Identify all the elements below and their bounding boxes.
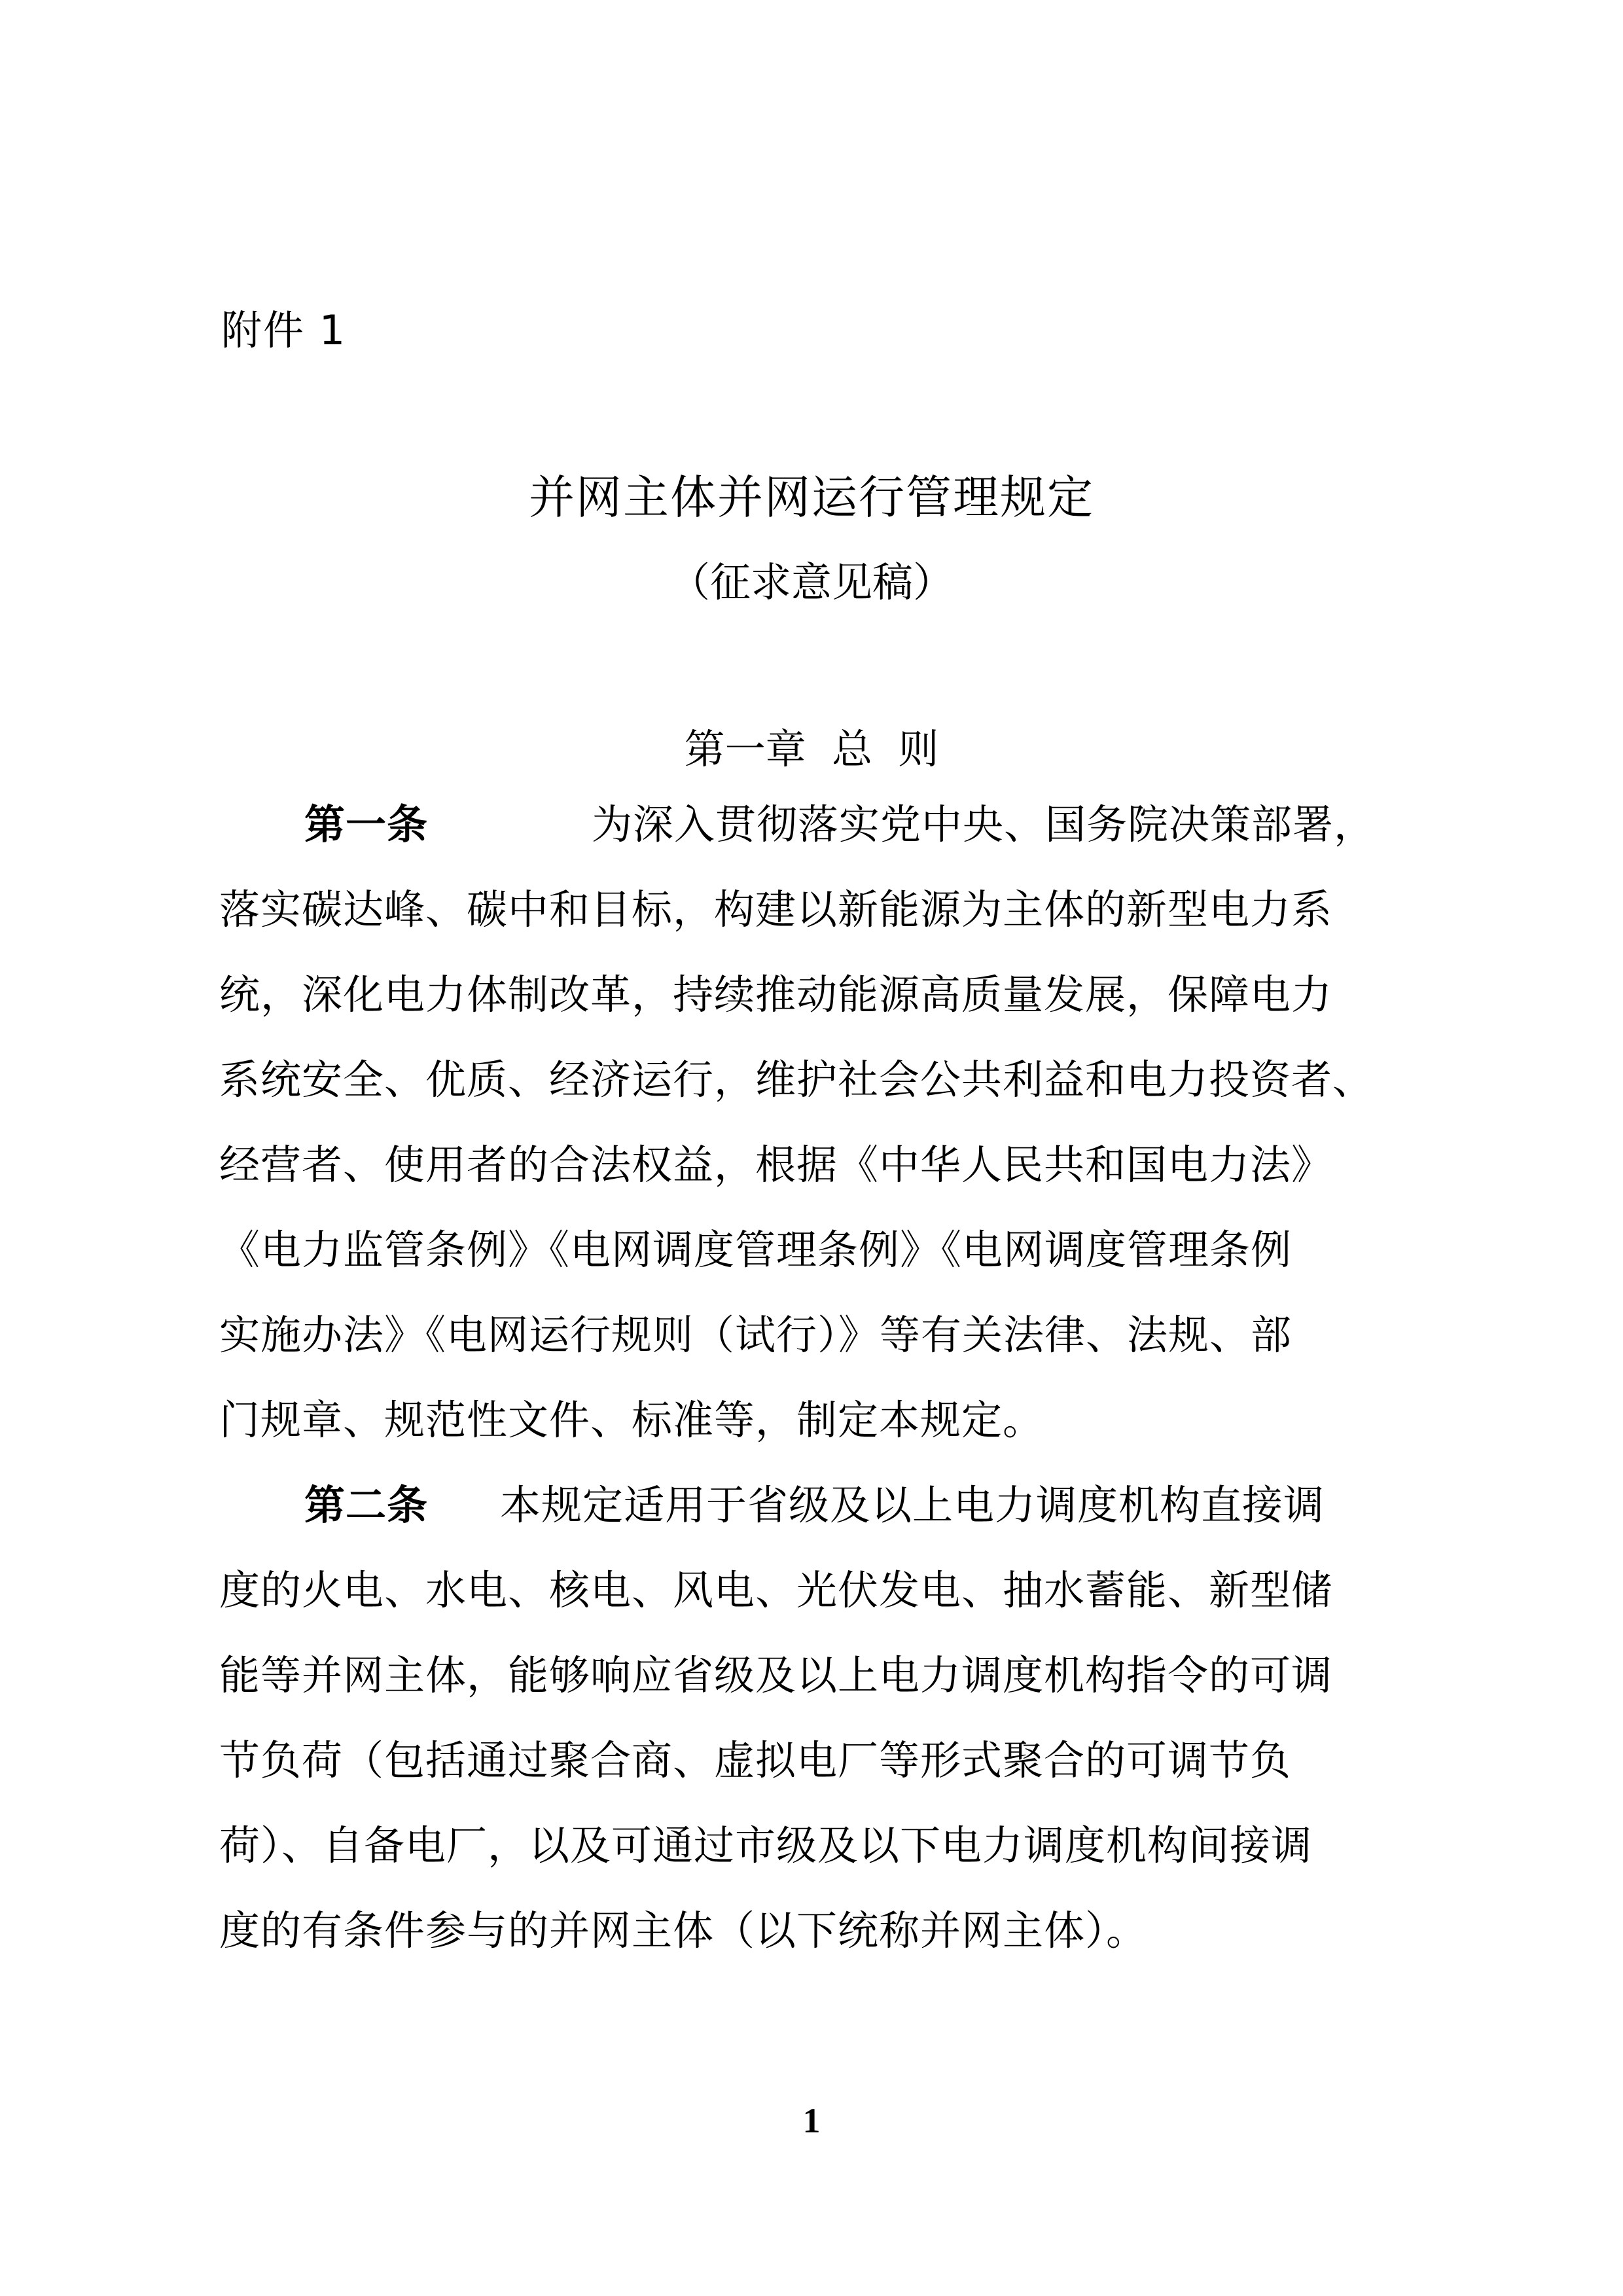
article-1-first-line: 第一条为深入贯彻落实党中央、国务院决策部署， xyxy=(219,782,1436,867)
document-page: 附件 1 并网主体并网运行管理规定 （征求意见稿） 第一章 总 则 第一条为深入… xyxy=(0,0,1623,2296)
article-label: 第二条 xyxy=(304,1463,428,1548)
page-number: 1 xyxy=(0,2101,1623,2140)
article-text-line: 度的火电、水电、核电、风电、光伏发电、抽水蓄能、新型储 xyxy=(219,1548,1436,1633)
article-text-line: 《电力监管条例》《电网调度管理条例》《电网调度管理条例 xyxy=(219,1208,1436,1293)
article-text-line: 实施办法》《电网运行规则（试行）》等有关法律、法规、部 xyxy=(219,1293,1436,1378)
article-text-line: 本规定适用于省级及以上电力调度机构直接调 xyxy=(500,1481,1325,1529)
article-text-line: 统，深化电力体制改革，持续推动能源高质量发展，保障电力 xyxy=(219,952,1436,1037)
chapter-heading: 第一章 总 则 xyxy=(0,723,1623,776)
article-text-line: 经营者、使用者的合法权益，根据《中华人民共和国电力法》 xyxy=(219,1122,1436,1208)
article-text-line: 能等并网主体，能够响应省级及以上电力调度机构指令的可调 xyxy=(219,1633,1436,1718)
article-text-line: 度的有条件参与的并网主体（以下统称并网主体）。 xyxy=(219,1888,1436,1973)
document-subtitle: （征求意见稿） xyxy=(0,556,1623,609)
document-title: 并网主体并网运行管理规定 xyxy=(0,468,1623,527)
article-2-first-line: 第二条本规定适用于省级及以上电力调度机构直接调 xyxy=(219,1463,1436,1548)
article-text-line: 荷）、自备电厂，以及可通过市级及以下电力调度机构间接调 xyxy=(219,1803,1436,1888)
article-text-line: 系统安全、优质、经济运行，维护社会公共利益和电力投资者、 xyxy=(219,1037,1436,1122)
article-2: 第二条本规定适用于省级及以上电力调度机构直接调 度的火电、水电、核电、风电、光伏… xyxy=(219,1463,1436,1973)
article-text-line: 为深入贯彻落实党中央、国务院决策部署， xyxy=(592,800,1375,848)
article-text-line: 节负荷（包括通过聚合商、虚拟电厂等形式聚合的可调节负 xyxy=(219,1718,1436,1803)
article-label: 第一条 xyxy=(304,782,428,867)
article-1: 第一条为深入贯彻落实党中央、国务院决策部署， 落实碳达峰、碳中和目标，构建以新能… xyxy=(219,782,1436,1463)
attachment-label: 附件 1 xyxy=(221,304,346,357)
article-text-line: 门规章、规范性文件、标准等，制定本规定。 xyxy=(219,1378,1436,1463)
article-text-line: 落实碳达峰、碳中和目标，构建以新能源为主体的新型电力系 xyxy=(219,867,1436,952)
